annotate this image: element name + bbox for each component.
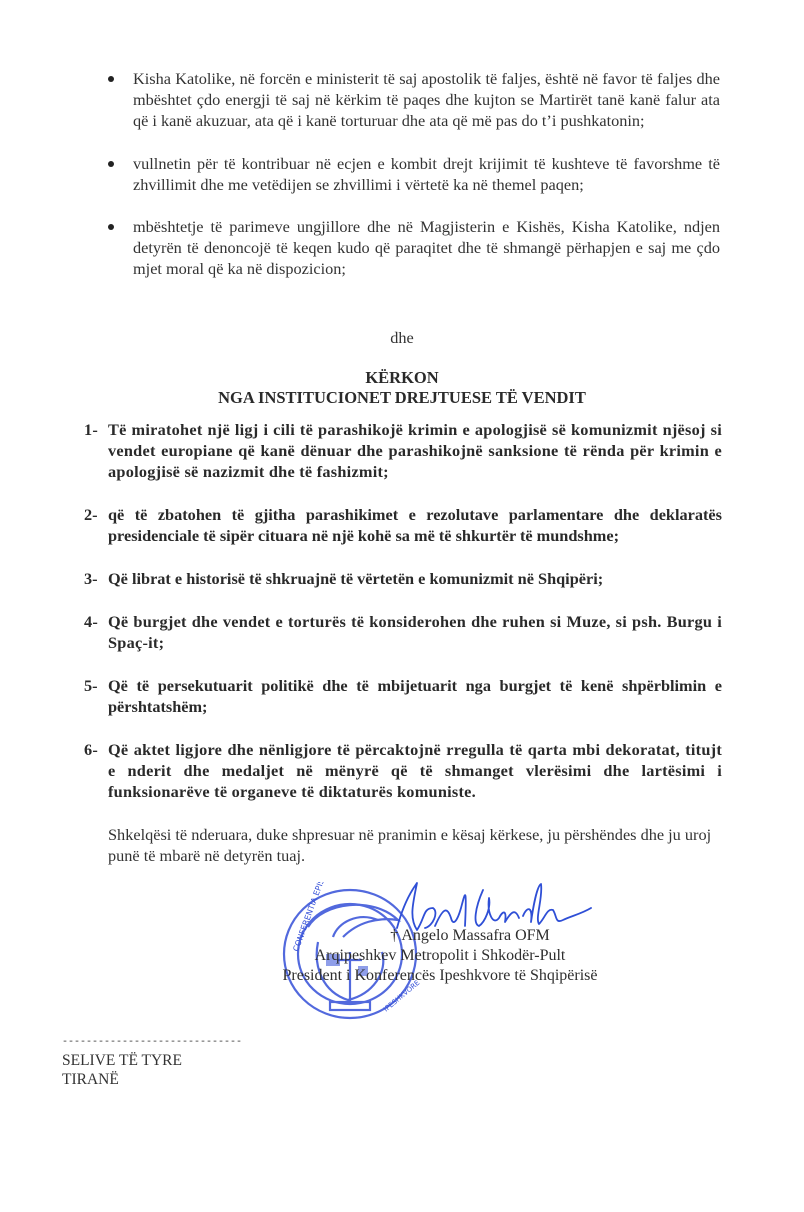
request-item: 3- Që librat e historisë të shkruajnë të… [84, 568, 722, 589]
bullet-item: mbështetje të parimeve ungjillore dhe në… [102, 216, 720, 280]
request-text: Që burgjet dhe vendet e torturës të kons… [108, 612, 722, 652]
heading-line-1: KËRKON [0, 368, 804, 388]
signature-block: † Angelo Massafra OFM Arqipeshkev Metrop… [250, 926, 630, 986]
request-item: 6- Që aktet ligjore dhe nënligjore të pë… [84, 739, 722, 803]
addressee-line-1: SELIVE TË TYRE [62, 1052, 182, 1071]
bullet-text: vullnetin për të kontribuar në ecjen e k… [133, 154, 720, 194]
request-text: Që aktet ligjore dhe nënligjore të përca… [108, 740, 722, 801]
request-number: 3- [84, 568, 98, 589]
connector-word: dhe [0, 328, 804, 348]
request-item: 2- që të zbatohen të gjitha parashikimet… [84, 504, 722, 546]
section-heading: KËRKON NGA INSTITUCIONET DREJTUESE TË VE… [0, 368, 804, 408]
addressee-line-2: TIRANË [62, 1071, 182, 1090]
bullet-dot-icon [108, 161, 114, 167]
request-item: 4- Që burgjet dhe vendet e torturës të k… [84, 611, 722, 653]
request-number: 1- [84, 419, 98, 440]
requests-list: 1- Të miratohet një ligj i cili të paras… [84, 419, 722, 824]
request-item: 5- Që të persekutuarit politikë dhe të m… [84, 675, 722, 717]
heading-line-2: NGA INSTITUCIONET DREJTUESE TË VENDIT [0, 388, 804, 408]
request-text: Që librat e historisë të shkruajnë të vë… [108, 569, 603, 588]
request-text: Që të persekutuarit politikë dhe të mbij… [108, 676, 722, 716]
bullet-item: vullnetin për të kontribuar në ecjen e k… [102, 153, 720, 195]
request-number: 5- [84, 675, 98, 696]
request-number: 6- [84, 739, 98, 760]
closing-paragraph: Shkelqësi të nderuara, duke shpresuar në… [108, 824, 720, 866]
request-number: 2- [84, 504, 98, 525]
request-item: 1- Të miratohet një ligj i cili të paras… [84, 419, 722, 483]
bullet-item: Kisha Katolike, në forcën e ministerit t… [102, 68, 720, 132]
request-number: 4- [84, 611, 98, 632]
bullet-dot-icon [108, 224, 114, 230]
request-text: Të miratohet një ligj i cili të parashik… [108, 420, 722, 481]
bullet-text: mbështetje të parimeve ungjillore dhe në… [133, 217, 720, 278]
signatory-title: Arqipeshkev Metropolit i Shkodër-Pult [250, 946, 630, 966]
addressee-block: SELIVE TË TYRE TIRANË [62, 1052, 182, 1089]
signatory-role: President i Konferencës Ipeshkvore të Sh… [250, 966, 630, 986]
separator-line: ------------------------------ [62, 1037, 242, 1048]
bullet-list: Kisha Katolike, në forcën e ministerit t… [102, 68, 720, 301]
bullet-dot-icon [108, 76, 114, 82]
request-text: që të zbatohen të gjitha parashikimet e … [108, 505, 722, 545]
signatory-name: † Angelo Massafra OFM [250, 926, 630, 946]
bullet-text: Kisha Katolike, në forcën e ministerit t… [133, 69, 720, 130]
